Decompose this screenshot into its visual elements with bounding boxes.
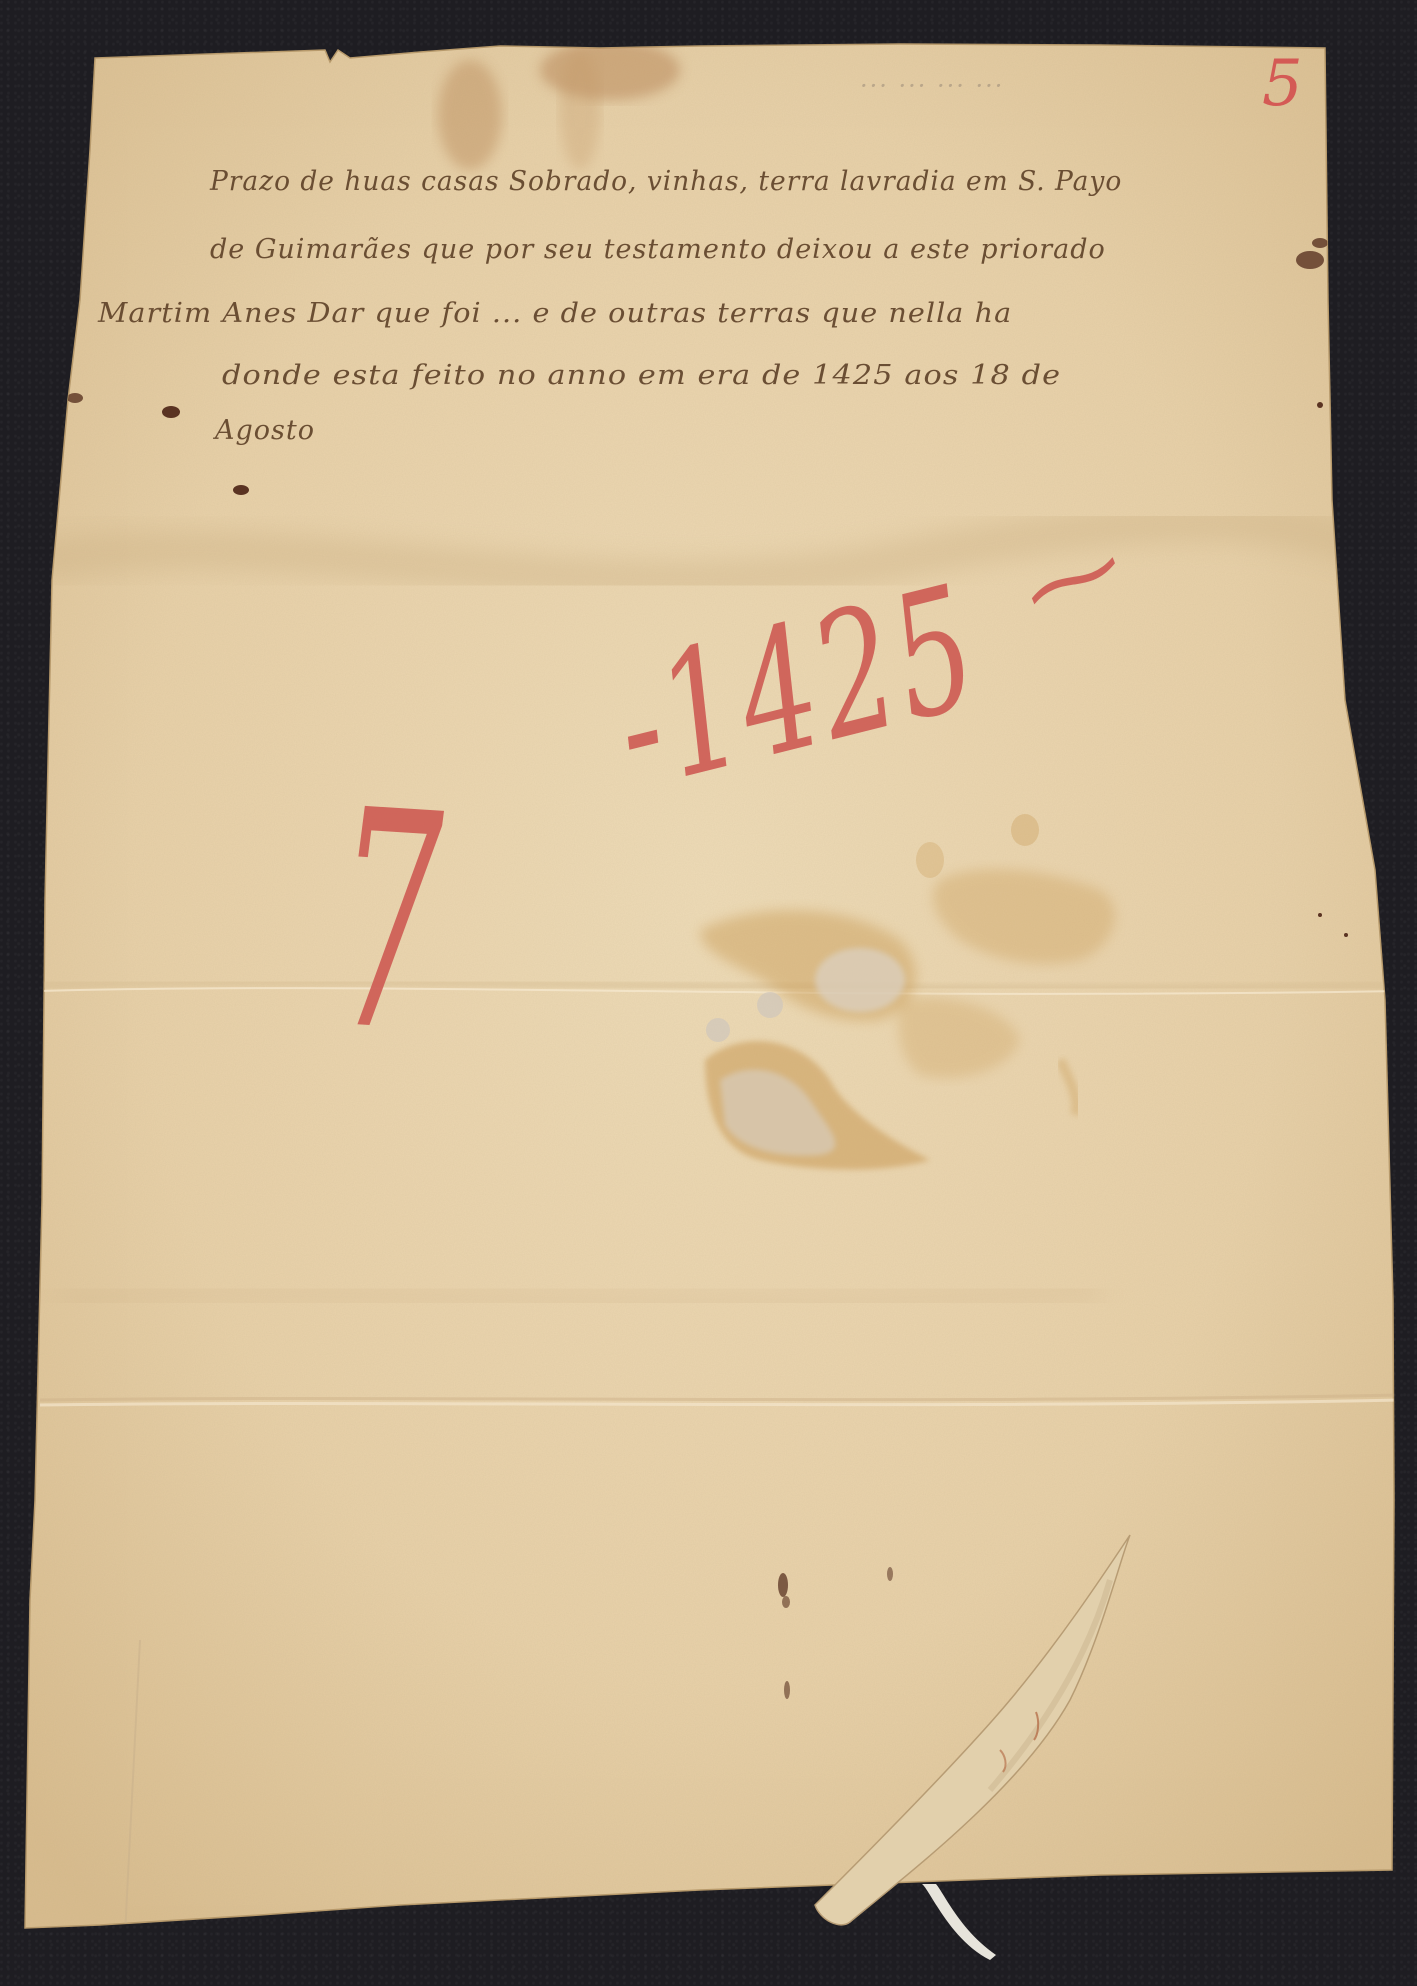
archival-shelf-number: 7 — [334, 770, 445, 1076]
endorsement-line-3: Martim Anes Dar que foi ... e de outras … — [98, 298, 1012, 329]
faded-top-note: ··· ··· ··· ··· — [860, 72, 1004, 100]
endorsement-line-1: Prazo de huas casas Sobrado, vinhas, ter… — [210, 166, 1122, 197]
endorsement-line-5: Agosto — [215, 415, 315, 446]
endorsement-line-2: de Guimarães que por seu testamento deix… — [210, 234, 1106, 265]
endorsement-line-4: donde esta feito no anno em era de 1425 … — [222, 360, 1061, 391]
folio-number: 5 — [1262, 52, 1303, 116]
